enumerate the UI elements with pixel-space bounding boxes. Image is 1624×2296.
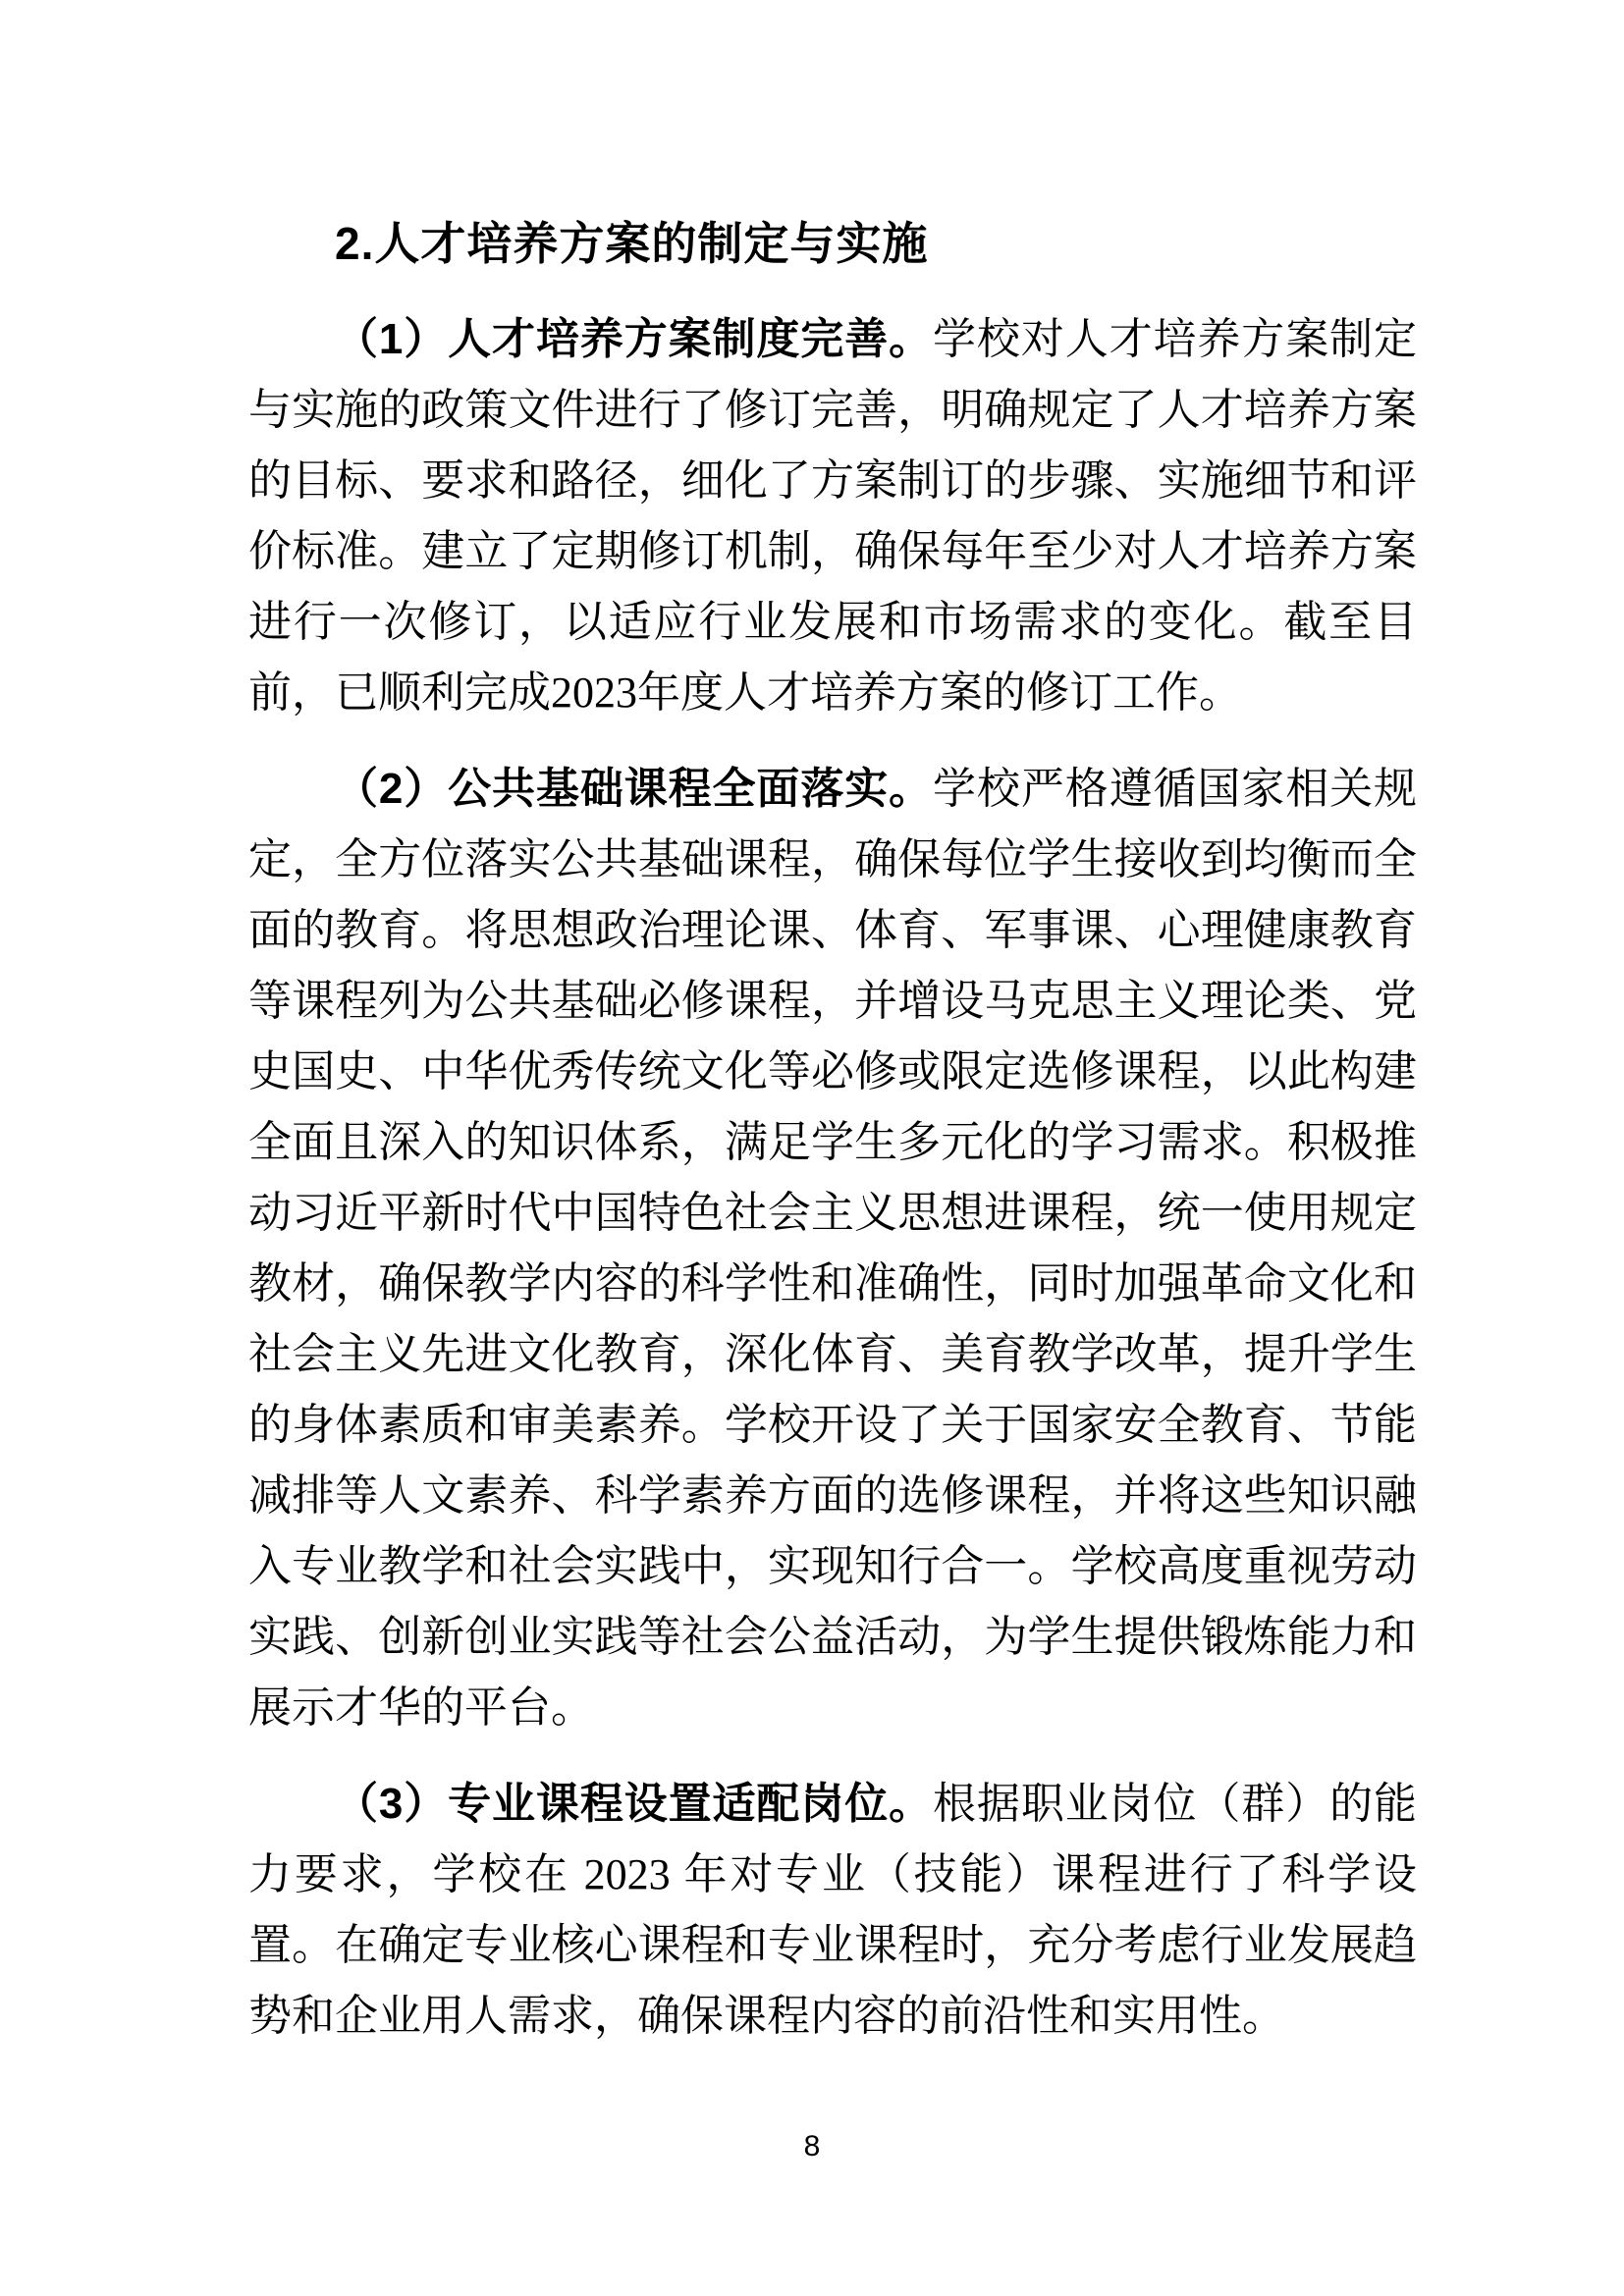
document-page: 2.人才培养方案的制定与实施 （1）人才培养方案制度完善。学校对人才培养方案制定… — [0, 0, 1624, 2296]
paragraph-2: （2）公共基础课程全面落实。学校严格遵循国家相关规定，全方位落实公共基础课程，确… — [248, 754, 1417, 1743]
paragraph-1: （1）人才培养方案制度完善。学校对人才培养方案制定与实施的政策文件进行了修订完善… — [248, 304, 1417, 728]
paragraph-3-lead: （3）专业课程设置适配岗位。 — [335, 1780, 933, 1828]
paragraph-2-body: 学校严格遵循国家相关规定，全方位落实公共基础课程，确保每位学生接收到均衡而全面的… — [248, 765, 1417, 1732]
paragraph-2-lead: （2）公共基础课程全面落实。 — [335, 765, 933, 813]
page-number: 8 — [0, 2130, 1624, 2163]
document-content: 2.人才培养方案的制定与实施 （1）人才培养方案制度完善。学校对人才培养方案制定… — [248, 208, 1417, 2052]
paragraph-1-body: 学校对人才培养方案制定与实施的政策文件进行了修订完善，明确规定了人才培养方案的目… — [248, 315, 1417, 717]
paragraph-1-lead: （1）人才培养方案制度完善。 — [335, 315, 933, 363]
paragraph-3: （3）专业课程设置适配岗位。根据职业岗位（群）的能力要求，学校在 2023 年对… — [248, 1769, 1417, 2052]
section-heading: 2.人才培养方案的制定与实施 — [248, 208, 1417, 279]
